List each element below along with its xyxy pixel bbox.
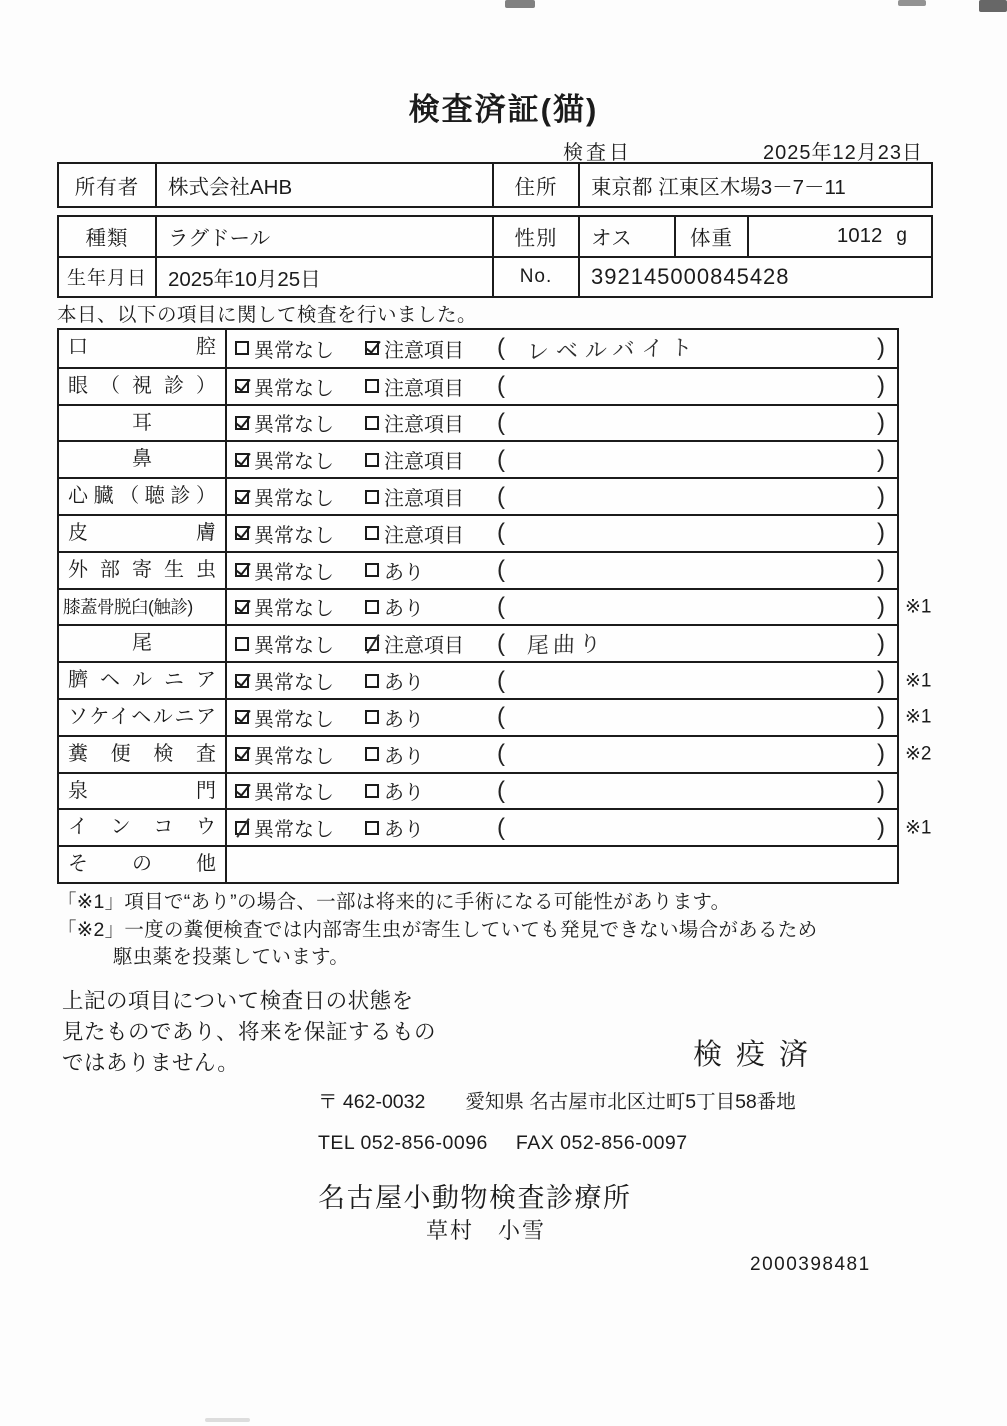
abnormal-none-checkbox: [235, 747, 249, 761]
abnormal-none-label: 異常なし: [254, 372, 334, 401]
exam-table: 口腔 異常なし 注意項目 (レベルバイト) 眼（視診） 異常なし 注意項目 ()…: [57, 328, 899, 884]
abnormal-none-checkbox: [235, 600, 249, 614]
abnormal-none-label: 異常なし: [254, 519, 334, 548]
caution-label: 注意項目: [384, 445, 464, 474]
owner-label: 所有者: [59, 164, 157, 206]
caution-checkbox: [365, 526, 379, 540]
note-paren-close: ): [877, 667, 885, 695]
note-paren-open: (: [497, 334, 505, 362]
exam-row-heart: 心臓（聴診） 異常なし 注意項目 (): [59, 477, 897, 514]
abnormal-none-checkbox: [235, 453, 249, 467]
present-checkbox: [365, 674, 379, 688]
note-paren-open: (: [497, 409, 505, 437]
animal-table: 種類 ラグドール 性別 オス 体重 1012 g 生年月日 2025年10月25…: [57, 215, 933, 298]
exam-row-fecal-exam: 糞便検査 異常なし あり () ※2: [59, 735, 897, 772]
weight-value-cell: 1012 g: [749, 217, 931, 256]
row-label: その他: [59, 847, 227, 882]
caution-checkbox: [365, 453, 379, 467]
row-label: 鼻: [59, 442, 227, 477]
owner-value: 株式会社AHB: [157, 164, 494, 206]
present-checkbox: [365, 747, 379, 761]
exam-row-tail: 尾 異常なし 注意項目 (尾曲り): [59, 624, 897, 661]
scan-artifact: [505, 0, 535, 8]
veterinarian-name: 草村 小雪: [426, 1214, 546, 1245]
exam-row-external-parasites: 外部寄生虫 異常なし あり (): [59, 551, 897, 588]
present-checkbox: [365, 821, 379, 835]
abnormal-none-label: 異常なし: [254, 776, 334, 805]
row-label: 泉門: [59, 774, 227, 809]
caution-label: 注意項目: [384, 519, 464, 548]
note-paren-close: ): [877, 483, 885, 511]
abnormal-none-checkbox: [235, 784, 249, 798]
serial-number: 2000398481: [750, 1254, 871, 1276]
row-label: ソケイヘルニア: [59, 700, 227, 735]
abnormal-none-label: 異常なし: [254, 703, 334, 732]
exam-row-inguinal-hernia: ソケイヘルニア 異常なし あり () ※1: [59, 698, 897, 735]
note-paren-close: ): [877, 593, 885, 621]
present-label: あり: [384, 556, 424, 585]
caution-checkbox: [365, 637, 379, 651]
exam-row-cryptorchidism: インコウ 異常なし あり () ※1: [59, 808, 897, 845]
exam-row-ears: 耳 異常なし 注意項目 (): [59, 404, 897, 441]
caution-label: 注意項目: [384, 629, 464, 658]
present-label: あり: [384, 740, 424, 769]
owner-table: 所有者 株式会社AHB 住所 東京都 江東区木場3－7－11: [57, 162, 933, 208]
scan-artifact: [898, 0, 926, 6]
scan-artifact: [205, 1418, 250, 1422]
present-label: あり: [384, 703, 424, 732]
abnormal-none-checkbox: [235, 563, 249, 577]
abnormal-none-label: 異常なし: [254, 813, 334, 842]
row-label: 耳: [59, 406, 227, 441]
note-paren-open: (: [497, 556, 505, 584]
note-paren-close: ): [877, 334, 885, 362]
abnormal-none-label: 異常なし: [254, 666, 334, 695]
abnormal-none-label: 異常なし: [254, 482, 334, 511]
page-title: 検査済証(猫): [0, 84, 1007, 129]
exam-row-fontanelle: 泉門 異常なし あり (): [59, 772, 897, 809]
row-label: 眼（視診）: [59, 369, 227, 404]
address-value: 東京都 江東区木場3－7－11: [580, 164, 931, 206]
note-paren-close: ): [877, 703, 885, 731]
clinic-tel: TEL 052-856-0096: [318, 1132, 488, 1154]
inspection-date-value: 2025年12月23日: [763, 136, 923, 165]
weight-value: 1012: [837, 224, 883, 248]
row-label: 糞便検査: [59, 737, 227, 772]
abnormal-none-checkbox: [235, 821, 249, 835]
footnote-mark: ※1: [905, 595, 965, 618]
exam-row-eyes: 眼（視診） 異常なし 注意項目 (): [59, 367, 897, 404]
address-label: 住所: [494, 164, 580, 206]
note-paren-open: (: [497, 703, 505, 731]
animal-row-1: 種類 ラグドール 性別 オス 体重 1012 g: [59, 217, 931, 256]
present-label: あり: [384, 666, 424, 695]
abnormal-none-label: 異常なし: [254, 445, 334, 474]
clinic-address: 愛知県 名古屋市北区辻町5丁目58番地: [465, 1091, 795, 1113]
type-label: 種類: [59, 217, 157, 256]
exam-row-nose: 鼻 異常なし 注意項目 (): [59, 440, 897, 477]
present-label: あり: [384, 776, 424, 805]
note-paren-open: (: [497, 814, 505, 842]
clinic-postal-line: 〒 462-0032愛知県 名古屋市北区辻町5丁目58番地: [318, 1086, 796, 1114]
inspection-date-label: 検査日: [563, 136, 632, 165]
weight-unit: g: [896, 225, 907, 247]
exam-row-skin: 皮膚 異常なし 注意項目 (): [59, 514, 897, 551]
note-paren-close: ): [877, 630, 885, 658]
note-paren-close: ): [877, 556, 885, 584]
present-checkbox: [365, 784, 379, 798]
caution-label: 注意項目: [384, 408, 464, 437]
abnormal-none-label: 異常なし: [254, 334, 334, 363]
handwritten-note: 尾曲り: [527, 627, 606, 660]
note-paren-open: (: [497, 483, 505, 511]
present-label: あり: [384, 813, 424, 842]
exam-row-patella: 膝蓋骨脱臼(触診) 異常なし あり () ※1: [59, 588, 897, 625]
abnormal-none-label: 異常なし: [254, 740, 334, 769]
present-checkbox: [365, 710, 379, 724]
exam-row-other: その他: [59, 845, 897, 882]
abnormal-none-label: 異常なし: [254, 556, 334, 585]
caution-label: 注意項目: [384, 482, 464, 511]
row-label: 膝蓋骨脱臼(触診): [59, 590, 227, 625]
disclaimer-line-1: 上記の項目について検査日の状態を: [62, 986, 436, 1017]
caution-checkbox: [365, 341, 379, 355]
birthdate-label: 生年月日: [59, 258, 157, 297]
note-paren-close: ): [877, 740, 885, 768]
sex-value: オス: [580, 217, 676, 256]
caution-label: 注意項目: [384, 372, 464, 401]
exam-row-oral: 口腔 異常なし 注意項目 (レベルバイト): [59, 330, 897, 367]
disclaimer: 上記の項目について検査日の状態を 見たものであり、将来を保証するもの ではありま…: [62, 986, 436, 1079]
abnormal-none-checkbox: [235, 674, 249, 688]
animal-row-2: 生年月日 2025年10月25日 No. 392145000845428: [59, 256, 931, 297]
note-paren-close: ): [877, 777, 885, 805]
abnormal-none-checkbox: [235, 416, 249, 430]
row-label: 臍ヘルニア: [59, 663, 227, 698]
owner-row: 所有者 株式会社AHB 住所 東京都 江東区木場3－7－11: [59, 164, 931, 206]
footnote-2: 「※2」一度の糞便検査では内部寄生虫が寄生していても発見できない場合があるため: [57, 914, 817, 942]
note-paren-close: ): [877, 814, 885, 842]
present-checkbox: [365, 600, 379, 614]
scan-artifact: [979, 0, 1007, 12]
note-paren-open: (: [497, 593, 505, 621]
abnormal-none-label: 異常なし: [254, 408, 334, 437]
no-label: No.: [494, 258, 580, 297]
row-label: 皮膚: [59, 516, 227, 551]
note-paren-open: (: [497, 519, 505, 547]
intro-text: 本日、以下の項目に関して検査を行いました。: [57, 299, 477, 327]
abnormal-none-checkbox: [235, 490, 249, 504]
footnote-mark: ※1: [905, 816, 965, 839]
clinic-name: 名古屋小動物検査診療所: [318, 1176, 632, 1215]
row-label: 心臓（聴診）: [59, 479, 227, 514]
present-checkbox: [365, 563, 379, 577]
present-label: あり: [384, 592, 424, 621]
caution-checkbox: [365, 379, 379, 393]
row-label: 口腔: [59, 330, 227, 367]
note-paren-open: (: [497, 630, 505, 658]
footnote-mark: ※1: [905, 706, 965, 729]
note-paren-close: ): [877, 519, 885, 547]
note-paren-open: (: [497, 446, 505, 474]
footnote-mark: ※1: [905, 669, 965, 692]
note-paren-close: ): [877, 409, 885, 437]
quarantine-stamp: 検疫済: [693, 1032, 822, 1073]
footnote-1: 「※1」項目で“あり”の場合、一部は将来的に手術になる可能性があります。: [57, 886, 730, 914]
note-paren-close: ): [877, 372, 885, 400]
abnormal-none-label: 異常なし: [254, 629, 334, 658]
note-paren-open: (: [497, 777, 505, 805]
disclaimer-line-3: ではありません。: [62, 1048, 436, 1079]
handwritten-note: レベルバイト: [527, 331, 700, 367]
note-paren-open: (: [497, 740, 505, 768]
abnormal-none-checkbox: [235, 526, 249, 540]
disclaimer-line-2: 見たものであり、将来を保証するもの: [62, 1017, 436, 1048]
abnormal-none-checkbox: [235, 710, 249, 724]
abnormal-none-label: 異常なし: [254, 592, 334, 621]
abnormal-none-checkbox: [235, 341, 249, 355]
birthdate-value: 2025年10月25日: [157, 258, 494, 297]
clinic-fax: FAX 052-856-0097: [516, 1132, 688, 1154]
row-label: 外部寄生虫: [59, 553, 227, 588]
note-paren-open: (: [497, 372, 505, 400]
sex-label: 性別: [494, 217, 580, 256]
exam-row-umbilical-hernia: 臍ヘルニア 異常なし あり () ※1: [59, 661, 897, 698]
abnormal-none-checkbox: [235, 637, 249, 651]
clinic-tel-fax-line: TEL 052-856-0096FAX 052-856-0097: [318, 1132, 688, 1155]
abnormal-none-checkbox: [235, 379, 249, 393]
type-value: ラグドール: [157, 217, 494, 256]
caution-label: 注意項目: [384, 334, 464, 363]
weight-label: 体重: [676, 217, 749, 256]
note-paren-open: (: [497, 667, 505, 695]
footnote-mark: ※2: [905, 743, 965, 766]
row-label: インコウ: [59, 810, 227, 845]
no-value: 392145000845428: [580, 258, 931, 297]
footnote-2-continuation: 駆虫薬を投薬しています。: [113, 941, 349, 969]
note-paren-close: ): [877, 446, 885, 474]
caution-checkbox: [365, 490, 379, 504]
caution-checkbox: [365, 416, 379, 430]
row-label: 尾: [59, 626, 227, 661]
clinic-postal-code: 〒 462-0032: [318, 1091, 425, 1113]
